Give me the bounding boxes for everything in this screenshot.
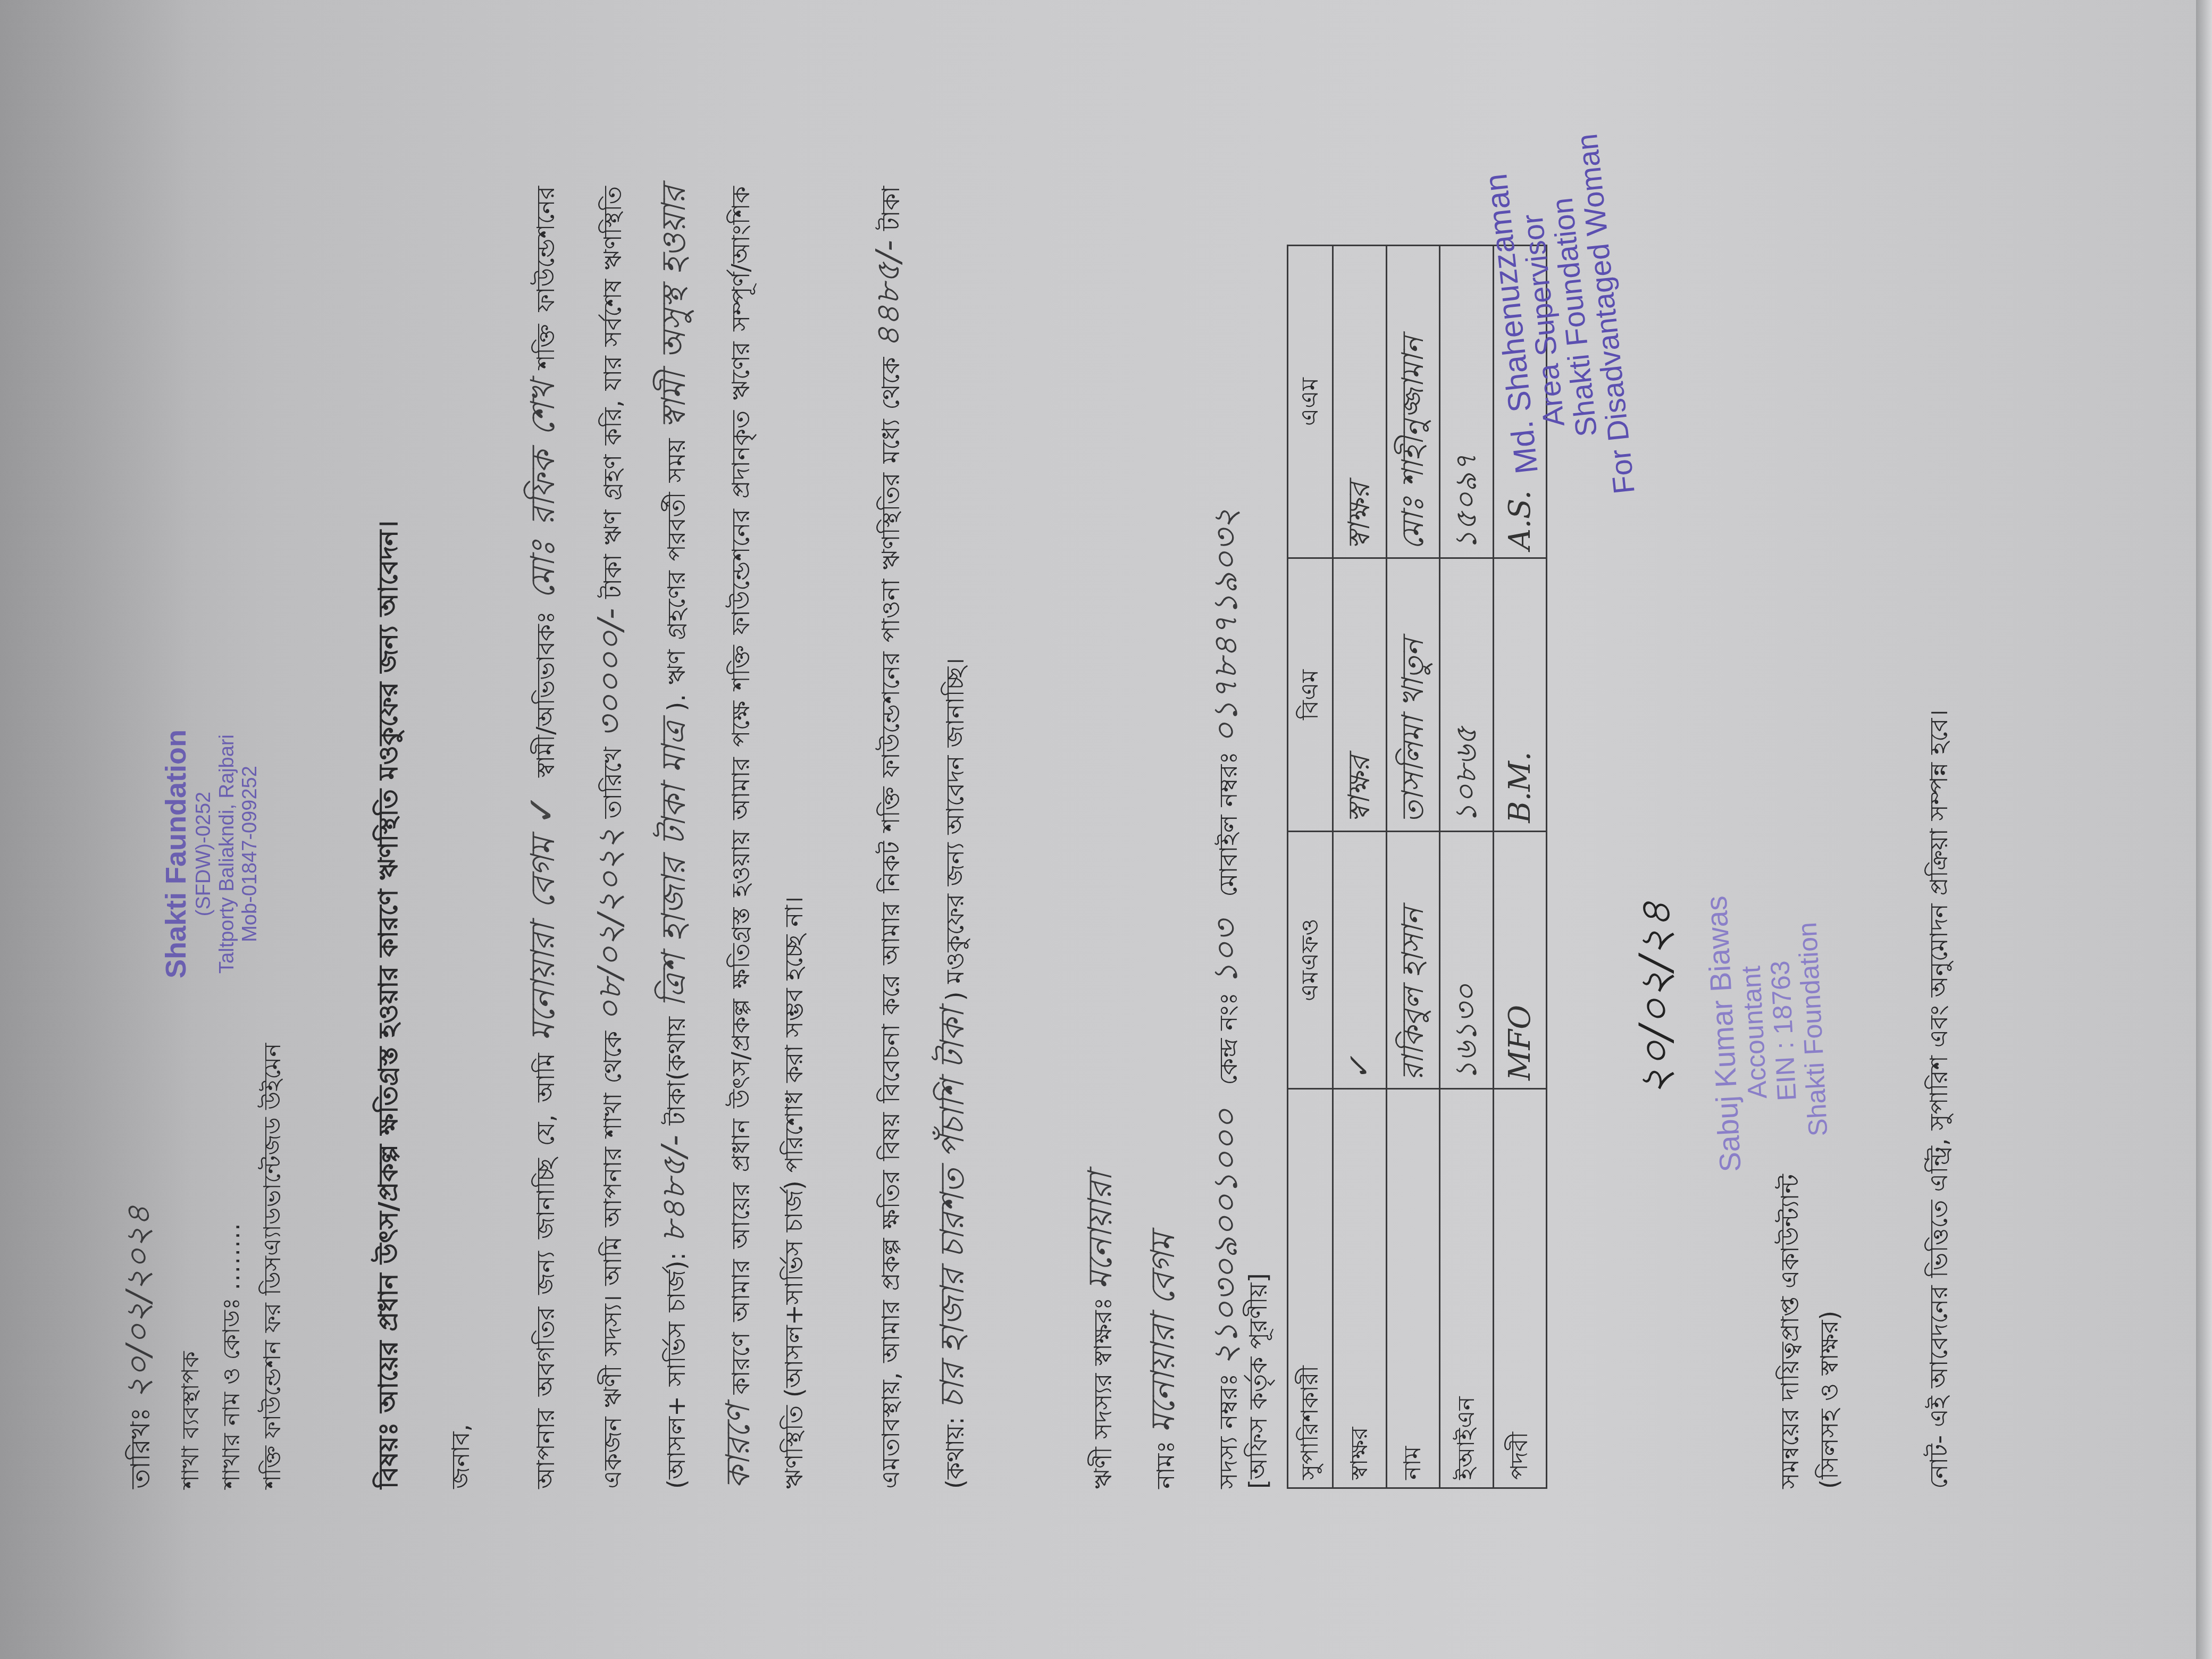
mfo-designation: MFO (1493, 831, 1547, 1088)
table-row: নাম রাকিবুল হাসান তাসলিমা খাতুন মোঃ শাহী… (1386, 246, 1440, 1488)
member-signature: মনোয়ারা (1080, 1172, 1119, 1289)
header-recommender: সুপারিশকারী (1288, 1089, 1333, 1488)
member-name: মনোয়ারা বেগম (1143, 1233, 1182, 1432)
accountant-line-2: (সিলসহ ও স্বাক্ষর) (1810, 1174, 1849, 1489)
paragraph-1: আপনার অবগতির জন্য জানাচ্ছি যে, আমি মনোয়… (505, 186, 818, 1489)
row-label-ein: ইআইএন (1440, 1089, 1494, 1488)
row-label-name: নাম (1386, 1089, 1440, 1488)
am-name: মোঃ শাহীনুজ্জামান (1386, 246, 1440, 558)
p2-text-3: ) মওকুফের জন্য আবেদন জানাচ্ছি। (941, 658, 969, 1001)
salutation: জনাব, (441, 1424, 481, 1489)
stamp-address: Taltporty Baliakndi, Rajbari (216, 730, 239, 978)
stamp-code: (SFDW)-0252 (192, 730, 216, 978)
member-signature-label: ঋণী সদস্যর স্বাক্ষরঃ (1088, 1297, 1117, 1489)
am-signature: স্বাক্ষর (1333, 246, 1387, 558)
mfo-ein: ১৬১৩০ (1440, 831, 1494, 1088)
paragraph-2: এমতাবস্থায়, আমার প্রকল্প ক্ষতির বিষয় ব… (856, 186, 985, 1489)
p2-text-1: এমতাবস্থায়, আমার প্রকল্প ক্ষতির বিষয় ব… (876, 357, 905, 1489)
accountant-signature-date: ২০/০২/২৪ (1631, 901, 1680, 1095)
amount-in-words: ত্রিশ হাজার টাকা মাত্র (654, 721, 693, 1007)
branch-stamp: Shakti Faundation (SFDW)-0252 Taltporty … (160, 730, 262, 978)
p1-text-6: টাকা(কথায় (662, 1017, 691, 1125)
p1-text-2: স্বামী/অভিভাবকঃ (531, 611, 560, 777)
recipient-title: শাখা ব্যবস্থাপক (170, 1043, 211, 1489)
center-number-label: কেন্দ্র নংঃ (1214, 992, 1243, 1085)
date-value: ২০/০২/২০২৪ (119, 1205, 157, 1399)
member-name-line: নামঃ মনোয়ারা বেগম (1132, 508, 1194, 1489)
member-info: ঋণী সদস্যর স্বাক্ষরঃ মনোয়ারা নামঃ মনোয়… (1069, 508, 1256, 1489)
mobile-number: ০১৭৮৪৭১৯০৩২ (1206, 508, 1245, 744)
branch-code-dots: ........ (218, 1222, 245, 1290)
member-name-label: নামঃ (1151, 1440, 1180, 1489)
p1-text-4: তারিখে (598, 747, 627, 818)
accountant-signature: ২০/০২/২৪ (1622, 901, 1690, 1095)
accountant-line-1: সমন্বয়ের দায়িত্বপ্রাপ্ত একাউন্ট্যান্ট (1771, 1174, 1810, 1489)
stamp-mobile: Mob-01847-099252 (239, 730, 262, 978)
accountant-label: সমন্বয়ের দায়িত্বপ্রাপ্ত একাউন্ট্যান্ট … (1771, 1174, 1849, 1489)
applicant-name: মনোয়ারা বেগম (523, 837, 562, 1041)
photo-edge (2196, 0, 2212, 1659)
recipient-address: শাখা ব্যবস্থাপক শাখার নাম ও কোডঃ .......… (170, 1043, 293, 1489)
table-row: স্বাক্ষর ✓ স্বাক্ষর স্বাক্ষর (1333, 246, 1387, 1488)
bm-ein: ১০৮৬৫ (1440, 558, 1494, 831)
waiver-amount: ৪৪৮৫/- (868, 240, 907, 348)
row-label-signature: স্বাক্ষর (1333, 1089, 1387, 1488)
bm-designation: B.M. (1493, 558, 1547, 831)
row-label-designation: পদবী (1493, 1089, 1547, 1488)
p1-text-7: ). ঋণ গ্রহণের পরবর্তী সময় (662, 438, 691, 711)
mobile-number-label: মোবাইল নম্বরঃ (1214, 751, 1243, 897)
subject-line: বিষয়ঃ আয়ের প্রধান উৎস/প্রকল্প ক্ষতিগ্র… (367, 521, 409, 1489)
waiver-amount-words: চার হাজার চারশত পঁচাশি টাকা (933, 1009, 971, 1409)
member-signature-line: ঋণী সদস্যর স্বাক্ষরঃ মনোয়ারা (1069, 508, 1132, 1489)
am-ein: ১৫০৯৭ (1440, 246, 1494, 558)
bm-signature: স্বাক্ষর (1333, 558, 1387, 831)
table-header-row: সুপারিশকারী এমএফও বিএম এএম (1288, 246, 1333, 1488)
p1-text-1: আপনার অবগতির জন্য জানাচ্ছি যে, আমি (531, 1053, 560, 1489)
application-form-page: তারিখঃ ২০/০২/২০২৪ শাখা ব্যবস্থাপক শাখার … (69, 43, 2143, 1638)
header-bm: বিএম (1288, 558, 1333, 831)
date-label: তারিখঃ (125, 1407, 156, 1489)
loan-amount: ৩০০০০/- (590, 608, 629, 738)
table-row: ইআইএন ১৬১৩০ ১০৮৬৫ ১৫০৯৭ (1440, 246, 1494, 1488)
center-number: ১০৩ (1206, 920, 1245, 985)
outstanding-amount: ৮৪৮৫/- (654, 1135, 693, 1243)
check-mark-icon: ✓ (520, 790, 563, 825)
p1-text-8: কারণে আমার আয়ের প্রধান উৎস/প্রকল্প ক্ষত… (726, 186, 808, 1489)
branch-code-line: শাখার নাম ও কোডঃ ........ (211, 1043, 252, 1489)
date-line: তারিখঃ ২০/০২/২০২৪ (112, 1205, 164, 1489)
header-mfo: এমএফও (1288, 831, 1333, 1088)
stamp-org-name: Shakti Faundation (160, 730, 192, 978)
office-use-label: [অফিস কর্তৃক পূরণীয়] (1239, 1273, 1278, 1489)
bm-name: তাসলিমা খাতুন (1386, 558, 1440, 831)
branch-code-label: শাখার নাম ও কোডঃ (218, 1297, 245, 1489)
guardian-name: মোঃ রফিক শেখ (523, 381, 562, 599)
mfo-signature: ✓ (1333, 831, 1387, 1088)
loan-date: ০৮/০২/২০২২ (590, 828, 629, 1021)
footer-note: নোট- এই আবেদনের ভিত্তিতে এন্ট্রি, সুপারি… (1920, 709, 1959, 1489)
organization-name: শক্তি ফাউন্ডেশন ফর ডিসএ্যাডভান্টেজড উইমে… (252, 1043, 293, 1489)
mfo-name: রাকিবুল হাসান (1386, 831, 1440, 1088)
member-number-label: সদস্য নম্বরঃ (1214, 1373, 1243, 1489)
accountant-stamp: Sabuj Kumar Biawas Accountant EIN : 1876… (1700, 891, 1834, 1173)
header-am: এএম (1288, 246, 1333, 558)
